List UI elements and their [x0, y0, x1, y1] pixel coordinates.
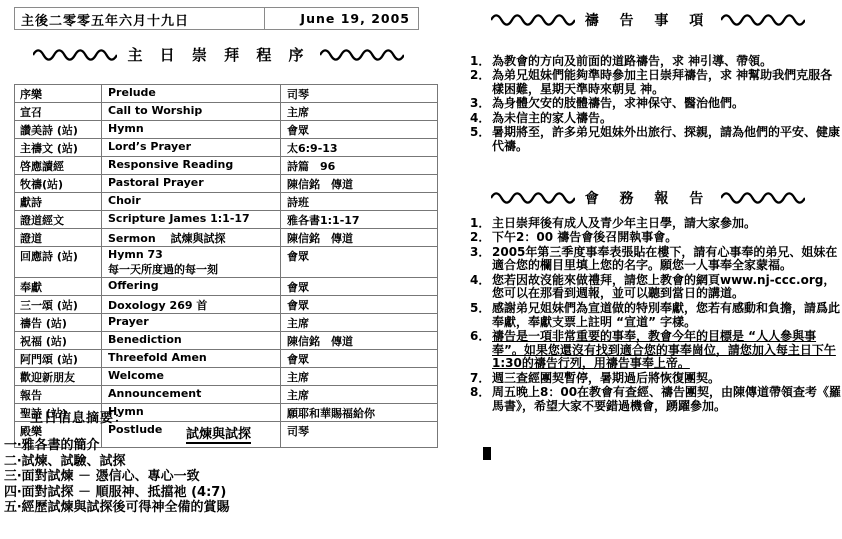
- program-english: Hymn: [102, 121, 281, 138]
- program-english: Choir: [102, 193, 281, 210]
- program-row: 序樂Prelude司琴: [15, 85, 437, 103]
- church-affairs-list: 1．主日崇拜後有成人及青少年主日學，請大家參加。 2．下午2：00 禱告會後召開…: [470, 217, 842, 414]
- squiggle-ornament: [721, 192, 805, 204]
- prayer-item: 3．為身體欠安的肢體禱告，求神保守、醫治他們。: [470, 97, 842, 111]
- program-item: 主禱文 (站): [15, 139, 102, 156]
- program-item: 讚美詩 (站): [15, 121, 102, 138]
- squiggle-ornament: [320, 49, 404, 61]
- english-date: June 19, 2005: [265, 8, 418, 29]
- item-number: 1．: [470, 55, 490, 69]
- item-number: 5．: [470, 126, 490, 140]
- item-number: 4．: [470, 274, 490, 288]
- program-english: Doxology 269 首: [102, 296, 281, 313]
- program-who: 會眾: [281, 278, 437, 295]
- hymn-title: 每一天所度過的每一刻: [108, 261, 280, 277]
- prayer-items-title: 禱 告 事 項: [585, 10, 712, 30]
- program-who: 雅各書1:1-17: [281, 211, 437, 228]
- squiggle-ornament: [721, 14, 805, 26]
- program-english: Announcement: [102, 386, 281, 403]
- report-item: 4．您若因故沒能來做禮拜，請您上教會的網頁www.nj-ccc.org，您可以在…: [470, 274, 842, 302]
- chinese-date: 主後二零零五年六月十九日: [15, 8, 265, 29]
- program-who: 主席: [281, 368, 437, 385]
- item-text: 為教會的方向及前面的道路禱告，求 神引導、帶領。: [492, 54, 772, 68]
- program-item: 歡迎新朋友: [15, 368, 102, 385]
- program-english: Prelude: [102, 85, 281, 102]
- program-who: 會眾: [281, 296, 437, 313]
- item-number: 3．: [470, 246, 490, 260]
- program-english: Call to Worship: [102, 103, 281, 120]
- program-english: Lord’s Prayer: [102, 139, 281, 156]
- program-english: Hymn 73每一天所度過的每一刻: [102, 247, 281, 277]
- prayer-item: 1．為教會的方向及前面的道路禱告，求 神引導、帶領。: [470, 55, 842, 69]
- program-english: Sermon 試煉與試探: [102, 229, 281, 246]
- program-english: Responsive Reading: [102, 157, 281, 174]
- church-affairs-title: 會 務 報 告: [585, 188, 712, 208]
- program-row: 證道經文Scripture James 1:1-17雅各書1:1-17: [15, 211, 437, 229]
- item-text: 您若因故沒能來做禮拜，請您上教會的網頁www.nj-ccc.org，您可以在那看…: [492, 273, 835, 301]
- program-item: 證道: [15, 229, 102, 246]
- program-english: Threefold Amen: [102, 350, 281, 367]
- program-who: 太6:9-13: [281, 139, 437, 156]
- item-number: 4．: [470, 112, 490, 126]
- program-row: 獻詩Choir詩班: [15, 193, 437, 211]
- outline-point: 一‧雅各書的簡介: [4, 438, 444, 454]
- item-number: 7．: [470, 372, 490, 386]
- program-row: 讚美詩 (站)Hymn會眾: [15, 121, 437, 139]
- program-row: 奉獻Offering會眾: [15, 278, 437, 296]
- squiggle-ornament: [491, 14, 575, 26]
- item-text: 禱告是一項非常重要的事奉，教會今年的目標是 “人人參與事奉”。如果您還沒有找到適…: [492, 329, 836, 371]
- worship-program-table: 序樂Prelude司琴 宣召Call to Worship主席 讚美詩 (站)H…: [14, 84, 438, 448]
- program-english: Prayer: [102, 314, 281, 331]
- date-header-box: 主後二零零五年六月十九日 June 19, 2005: [14, 7, 419, 30]
- outline-point: 三‧面對試煉 － 憑信心、專心一致: [4, 469, 444, 485]
- prayer-item: 2．為弟兄姐妹們能夠準時參加主日崇拜禱告，求 神幫助我們克服各樣困難，星期天準時…: [470, 69, 842, 97]
- program-item: 序樂: [15, 85, 102, 102]
- program-row: 證道Sermon 試煉與試探陳信銘 傳道: [15, 229, 437, 247]
- squiggle-ornament: [491, 192, 575, 204]
- program-who: 司琴: [281, 85, 437, 102]
- program-row: 報告Announcement主席: [15, 386, 437, 404]
- program-who: 主席: [281, 103, 437, 120]
- prayer-item: 4．為未信主的家人禱告。: [470, 112, 842, 126]
- program-english: Pastoral Prayer: [102, 175, 281, 192]
- report-item: 8．周五晚上8：00在教會有查經、禱告團契，由陳傳道帶領查考《羅馬書》，希望大家…: [470, 386, 842, 414]
- report-item: 3．2005年第三季度事奉表張貼在樓下，請有心事奉的弟兄、姐妹在適合您的欄目里填…: [470, 246, 842, 274]
- report-item: 7．週三查經團契暫停，暑期過后將恢復團契。: [470, 372, 842, 386]
- program-row: 祝福 (站)Benediction陳信銘 傳道: [15, 332, 437, 350]
- outline-point: 四‧面對試探 － 順服神、抵擋祂 (4:7): [4, 485, 444, 501]
- item-text: 週三查經團契暫停，暑期過后將恢復團契。: [492, 371, 720, 385]
- item-number: 5．: [470, 302, 490, 316]
- program-english: Scripture James 1:1-17: [102, 211, 281, 228]
- item-text: 2005年第三季度事奉表張貼在樓下，請有心事奉的弟兄、姐妹在適合您的欄目里填上您…: [492, 245, 837, 273]
- squiggle-ornament: [33, 49, 117, 61]
- program-item: 奉獻: [15, 278, 102, 295]
- program-row: 回應詩 (站)Hymn 73每一天所度過的每一刻會眾: [15, 247, 437, 278]
- program-row: 啓應讀經Responsive Reading詩篇 96: [15, 157, 437, 175]
- program-item: 祝福 (站): [15, 332, 102, 349]
- item-number: 6．: [470, 330, 490, 344]
- outline-point: 五‧經歷試煉與試探後可得神全備的賞賜: [4, 500, 444, 516]
- program-who: 陳信銘 傳道: [281, 175, 437, 192]
- program-item: 禱告 (站): [15, 314, 102, 331]
- church-affairs-title-row: 會 務 報 告: [462, 188, 834, 208]
- item-number: 8．: [470, 386, 490, 400]
- program-who: 會眾: [281, 247, 437, 277]
- item-text: 為未信主的家人禱告。: [492, 111, 612, 125]
- program-row: 宣召Call to Worship主席: [15, 103, 437, 121]
- item-text: 周五晚上8：00在教會有查經、禱告團契，由陳傳道帶領查考《羅馬書》，希望大家不要…: [492, 385, 841, 413]
- program-english: Offering: [102, 278, 281, 295]
- program-item: 三一頌 (站): [15, 296, 102, 313]
- outline-point: 二‧試煉、試驗、試探: [4, 454, 444, 470]
- program-item: 宣召: [15, 103, 102, 120]
- prayer-item: 5．暑期將至，許多弟兄姐妹外出旅行、探親，請為他們的平安、健康代禱。: [470, 126, 842, 154]
- program-who: 詩篇 96: [281, 157, 437, 174]
- program-who: 陳信銘 傳道: [281, 229, 437, 246]
- program-item: 阿門頌 (站): [15, 350, 102, 367]
- item-number: 3．: [470, 97, 490, 111]
- cursor-block: [483, 447, 491, 460]
- program-english: Welcome: [102, 368, 281, 385]
- program-row: 三一頌 (站)Doxology 269 首會眾: [15, 296, 437, 314]
- item-text: 主日崇拜後有成人及青少年主日學，請大家參加。: [492, 216, 756, 230]
- program-who: 會眾: [281, 350, 437, 367]
- program-item: 回應詩 (站): [15, 247, 102, 277]
- item-text: 為弟兄姐妹們能夠準時參加主日崇拜禱告，求 神幫助我們克服各樣困難，星期天準時來朝…: [492, 68, 832, 96]
- item-text: 暑期將至，許多弟兄姐妹外出旅行、探親，請為他們的平安、健康代禱。: [492, 125, 840, 153]
- program-item: 報告: [15, 386, 102, 403]
- worship-program-title: 主 日 崇 拜 程 序: [127, 44, 309, 65]
- worship-program-title-row: 主 日 崇 拜 程 序: [0, 44, 437, 65]
- item-number: 2．: [470, 231, 490, 245]
- program-row: 阿門頌 (站)Threefold Amen會眾: [15, 350, 437, 368]
- sermon-outline: 一‧雅各書的簡介 二‧試煉、試驗、試探 三‧面對試煉 － 憑信心、專心一致 四‧…: [4, 438, 444, 516]
- item-number: 1．: [470, 217, 490, 231]
- report-item: 5．感謝弟兄姐妹們為宣道做的特別奉獻，您若有感動和負擔，請爲此奉獻，奉獻支票上註…: [470, 302, 842, 330]
- program-who: 願耶和華賜福給你: [281, 404, 437, 421]
- program-row: 禱告 (站)Prayer主席: [15, 314, 437, 332]
- prayer-items-title-row: 禱 告 事 項: [462, 10, 834, 30]
- program-row: 主禱文 (站)Lord’s Prayer太6:9-13: [15, 139, 437, 157]
- program-item: 證道經文: [15, 211, 102, 228]
- program-who: 詩班: [281, 193, 437, 210]
- item-text: 下午2：00 禱告會後召開執事會。: [492, 230, 677, 244]
- program-item: 啓應讀經: [15, 157, 102, 174]
- program-item: 獻詩: [15, 193, 102, 210]
- item-text: 感謝弟兄姐妹們為宣道做的特別奉獻，您若有感動和負擔，請爲此奉獻，奉獻支票上註明 …: [492, 301, 840, 329]
- program-english: Benediction: [102, 332, 281, 349]
- prayer-list: 1．為教會的方向及前面的道路禱告，求 神引導、帶領。 2．為弟兄姐妹們能夠準時參…: [470, 55, 842, 154]
- program-who: 會眾: [281, 121, 437, 138]
- program-row: 牧禱(站)Pastoral Prayer陳信銘 傳道: [15, 175, 437, 193]
- program-item: 牧禱(站): [15, 175, 102, 192]
- program-english: Hymn: [102, 404, 281, 421]
- program-who: 主席: [281, 386, 437, 403]
- item-text: 為身體欠安的肢體禱告，求神保守、醫治他們。: [492, 96, 744, 110]
- report-item: 1．主日崇拜後有成人及青少年主日學，請大家參加。: [470, 217, 842, 231]
- report-item: 2．下午2：00 禱告會後召開執事會。: [470, 231, 842, 245]
- program-who: 陳信銘 傳道: [281, 332, 437, 349]
- report-item-underlined: 6．禱告是一項非常重要的事奉，教會今年的目標是 “人人參與事奉”。如果您還沒有找…: [470, 330, 842, 371]
- program-who: 主席: [281, 314, 437, 331]
- item-number: 2．: [470, 69, 490, 83]
- hymn-number: Hymn 73: [108, 248, 280, 261]
- program-row: 歡迎新朋友Welcome主席: [15, 368, 437, 386]
